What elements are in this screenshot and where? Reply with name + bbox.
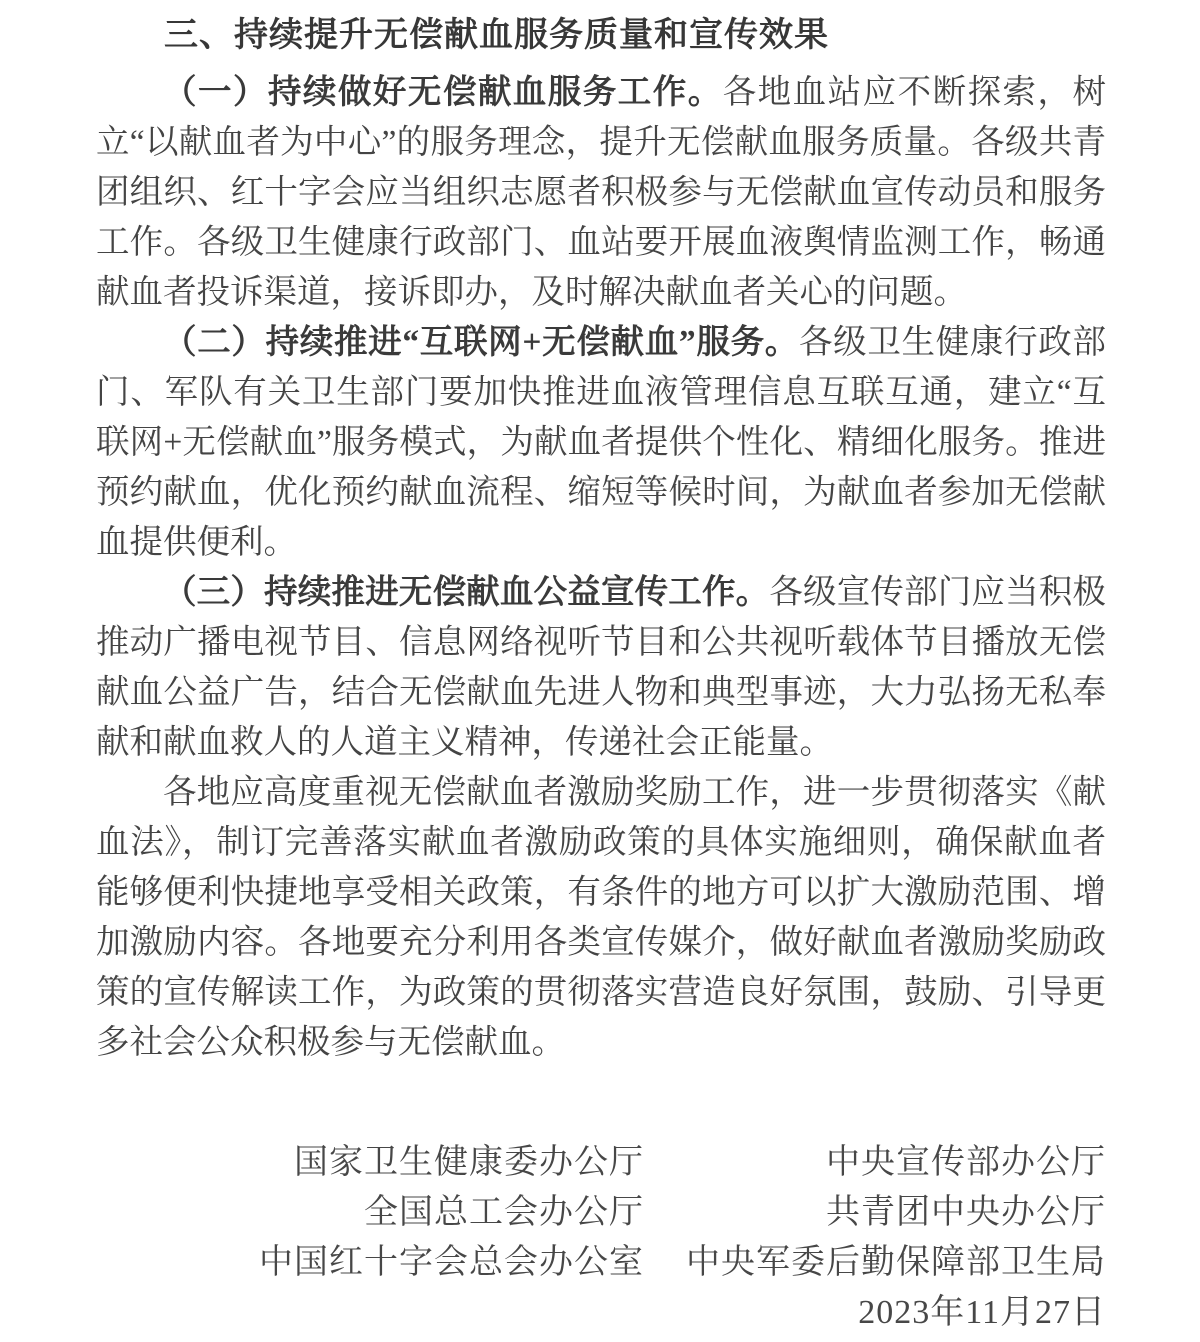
paragraph-3: （三）持续推进无偿献血公益宣传工作。各级宣传部门应当积极推动广播电视节目、信息网… — [96, 568, 1106, 768]
document-body: （一）持续做好无偿献血服务工作。各地血站应不断探索，树立“以献血者为中心”的服务… — [96, 68, 1106, 1068]
signature-row-2: 全国总工会办公厅 共青团中央办公厅 — [96, 1188, 1106, 1238]
section-heading: 三、持续提升无偿献血服务质量和宣传效果 — [96, 12, 1106, 58]
paragraph-2-lead: （二）持续推进“互联网+无偿献血”服务。 — [163, 324, 799, 361]
signature-block: 国家卫生健康委办公厅 中央宣传部办公厅 全国总工会办公厅 共青团中央办公厅 中国… — [96, 1138, 1106, 1338]
signer-left-2: 全国总工会办公厅 — [96, 1188, 644, 1238]
signature-row-1: 国家卫生健康委办公厅 中央宣传部办公厅 — [96, 1138, 1106, 1188]
signer-right-1: 中央宣传部办公厅 — [644, 1138, 1106, 1188]
signer-left-1: 国家卫生健康委办公厅 — [96, 1138, 644, 1188]
paragraph-1: （一）持续做好无偿献血服务工作。各地血站应不断探索，树立“以献血者为中心”的服务… — [96, 68, 1106, 318]
paragraph-1-lead: （一）持续做好无偿献血服务工作。 — [163, 74, 723, 111]
paragraph-2: （二）持续推进“互联网+无偿献血”服务。各级卫生健康行政部门、军队有关卫生部门要… — [96, 318, 1106, 568]
paragraph-4-body: 各地应高度重视无偿献血者激励奖励工作，进一步贯彻落实《献血法》，制订完善落实献血… — [96, 774, 1106, 1061]
paragraph-4: 各地应高度重视无偿献血者激励奖励工作，进一步贯彻落实《献血法》，制订完善落实献血… — [96, 768, 1106, 1068]
signer-right-3: 中央军委后勤保障部卫生局 — [644, 1238, 1106, 1288]
signature-row-3: 中国红十字会总会办公室 中央军委后勤保障部卫生局 — [96, 1238, 1106, 1288]
paragraph-3-lead: （三）持续推进无偿献血公益宣传工作。 — [163, 574, 769, 611]
signer-left-3: 中国红十字会总会办公室 — [96, 1238, 644, 1288]
document-page: 三、持续提升无偿献血服务质量和宣传效果 （一）持续做好无偿献血服务工作。各地血站… — [0, 0, 1200, 1342]
signer-right-2: 共青团中央办公厅 — [644, 1188, 1106, 1238]
signature-date: 2023年11月27日 — [96, 1288, 1106, 1338]
